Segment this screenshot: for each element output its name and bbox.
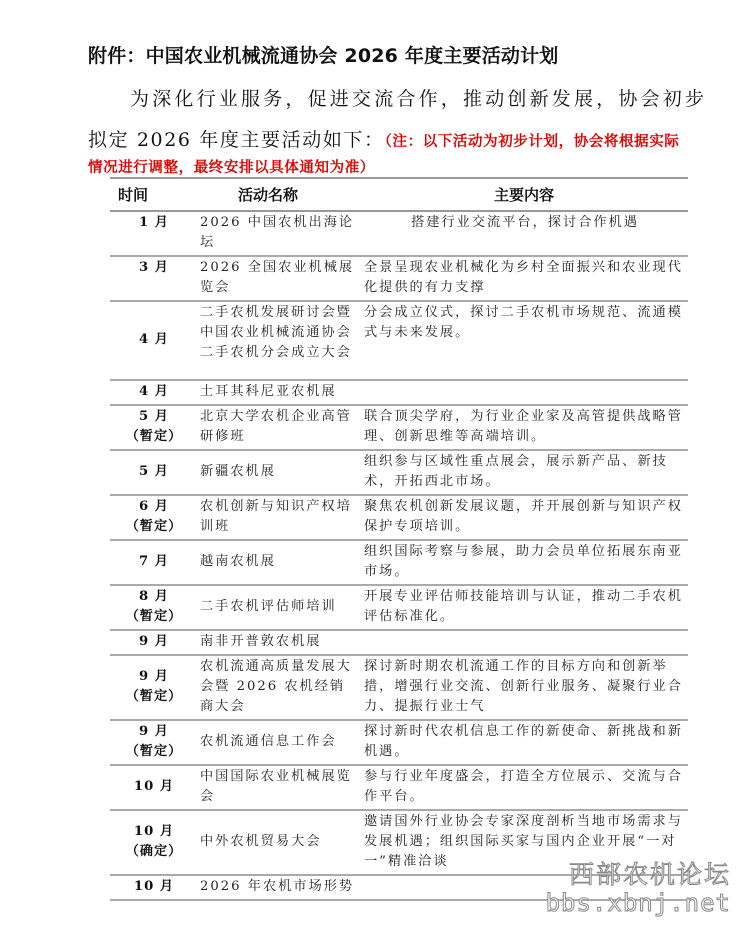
row-month: 5 月	[110, 462, 198, 482]
row-time: 10 月	[110, 875, 198, 900]
header-time: 时间	[110, 178, 198, 211]
row-activity-name: 2026 全国农业机械展览会	[198, 256, 360, 301]
row-month: 5 月	[110, 407, 198, 427]
table-row: 4 月土耳其科尼亚农机展	[110, 380, 688, 405]
intro-lead-text: 拟定 2026 年度主要活动如下：	[88, 129, 385, 151]
row-activity-name: 农机创新与知识产权培训班	[198, 495, 360, 540]
row-month: 7 月	[110, 552, 198, 572]
row-main-content	[360, 380, 688, 405]
row-month: 4 月	[110, 330, 198, 350]
row-time-status: （暂定）	[110, 427, 198, 447]
row-time: 10 月（确定）	[110, 810, 198, 875]
row-time-status: （暂定）	[110, 517, 198, 537]
row-time: 4 月	[110, 380, 198, 405]
activity-plan-table: 时间 活动名称 主要内容 1 月2026 中国农机出海论坛搭建行业交流平台，探讨…	[110, 177, 688, 901]
intro-paragraph-line2: 拟定 2026 年度主要活动如下：（注：以下活动为初步计划，协会将根据实际	[88, 125, 679, 152]
row-time: 6 月（暂定）	[110, 495, 198, 540]
table-row: 5 月（暂定）北京大学农机企业高管研修班联合顶尖学府，为行业企业家及高管提供战略…	[110, 405, 688, 450]
row-activity-name: 中国国际农业机械展览会	[198, 765, 360, 810]
table-row: 9 月南非开普敦农机展	[110, 630, 688, 655]
row-main-content: 开展专业评估师技能培训与认证，推动二手农机评估标准化。	[360, 585, 688, 630]
row-main-content: 联合顶尖学府，为行业企业家及高管提供战略管理、创新思维等高端培训。	[360, 405, 688, 450]
watermark-url: bbs.xbnj.net	[546, 889, 731, 917]
row-activity-name: 北京大学农机企业高管研修班	[198, 405, 360, 450]
row-activity-name: 农机流通信息工作会	[198, 720, 360, 765]
row-main-content: 组织国际考察与参展，助力会员单位拓展东南亚市场。	[360, 540, 688, 585]
document-title: 附件：中国农业机械流通协会 2026 年度主要活动计划	[88, 41, 559, 68]
row-time: 10 月	[110, 765, 198, 810]
table-row: 9 月（暂定）农机流通信息工作会探讨新时代农机信息工作的新使命、新挑战和新机遇。	[110, 720, 688, 765]
row-time: 9 月（暂定）	[110, 655, 198, 720]
row-time-status: （暂定）	[110, 742, 198, 762]
row-main-content: 搭建行业交流平台，探讨合作机遇	[360, 211, 688, 256]
watermark-forum-name: 西部农机论坛	[569, 855, 731, 891]
table-row: 10 月中国国际农业机械展览会参与行业年度盛会，打造全方位展示、交流与合作平台。	[110, 765, 688, 810]
table-row: 7 月越南农机展组织国际考察与参展，助力会员单位拓展东南亚市场。	[110, 540, 688, 585]
row-month: 6 月	[110, 497, 198, 517]
row-main-content: 全景呈现农业机械化为乡村全面振兴和农业现代化提供的有力支撑	[360, 256, 688, 301]
row-main-content: 聚焦农机创新发展议题，并开展创新与知识产权保护专项培训。	[360, 495, 688, 540]
row-month: 4 月	[110, 382, 198, 402]
row-time: 5 月	[110, 450, 198, 495]
table-row: 8 月（暂定）二手农机评估师培训开展专业评估师技能培训与认证，推动二手农机评估标…	[110, 585, 688, 630]
row-time: 1 月	[110, 211, 198, 256]
row-month: 9 月	[110, 667, 198, 687]
row-time-status: （确定）	[110, 842, 198, 862]
table-row: 6 月（暂定）农机创新与知识产权培训班聚焦农机创新发展议题，并开展创新与知识产权…	[110, 495, 688, 540]
row-time: 7 月	[110, 540, 198, 585]
row-month: 1 月	[110, 213, 198, 233]
row-activity-name: 新疆农机展	[198, 450, 360, 495]
note-text-line2: 情况进行调整，最终安排以具体通知为准）	[88, 156, 375, 177]
row-main-content: 组织参与区域性重点展会，展示新产品、新技术，开拓西北市场。	[360, 450, 688, 495]
table-row: 3 月2026 全国农业机械展览会全景呈现农业机械化为乡村全面振兴和农业现代化提…	[110, 256, 688, 301]
row-activity-name: 土耳其科尼亚农机展	[198, 380, 360, 405]
row-month: 9 月	[110, 722, 198, 742]
table-row: 1 月2026 中国农机出海论坛搭建行业交流平台，探讨合作机遇	[110, 211, 688, 256]
row-main-content: 探讨新时期农机流通工作的目标方向和创新举措，增强行业交流、创新行业服务、凝聚行业…	[360, 655, 688, 720]
row-activity-name: 中外农机贸易大会	[198, 810, 360, 875]
row-time: 4 月	[110, 301, 198, 380]
row-main-content: 分会成立仪式，探讨二手农机市场规范、流通模式与未来发展。	[360, 301, 688, 380]
row-activity-name: 二手农机发展研讨会暨中国农业机械流通协会二手农机分会成立大会	[198, 301, 360, 380]
row-month: 10 月	[110, 777, 198, 797]
row-activity-name: 2026 中国农机出海论坛	[198, 211, 360, 256]
row-activity-name: 农机流通高质量发展大会暨 2026 农机经销商大会	[198, 655, 360, 720]
row-month: 3 月	[110, 258, 198, 278]
row-time: 9 月（暂定）	[110, 720, 198, 765]
table-row: 4 月二手农机发展研讨会暨中国农业机械流通协会二手农机分会成立大会分会成立仪式，…	[110, 301, 688, 380]
row-main-content: 参与行业年度盛会，打造全方位展示、交流与合作平台。	[360, 765, 688, 810]
row-activity-name: 南非开普敦农机展	[198, 630, 360, 655]
row-main-content: 探讨新时代农机信息工作的新使命、新挑战和新机遇。	[360, 720, 688, 765]
header-activity-name: 活动名称	[198, 178, 360, 211]
row-activity-name: 二手农机评估师培训	[198, 585, 360, 630]
row-time: 5 月（暂定）	[110, 405, 198, 450]
row-time-status: （暂定）	[110, 687, 198, 707]
row-month: 9 月	[110, 632, 198, 652]
row-time: 3 月	[110, 256, 198, 301]
table-header-row: 时间 活动名称 主要内容	[110, 178, 688, 211]
row-month: 8 月	[110, 587, 198, 607]
header-main-content: 主要内容	[360, 178, 688, 211]
row-month: 10 月	[110, 822, 198, 842]
table-row: 9 月（暂定）农机流通高质量发展大会暨 2026 农机经销商大会探讨新时期农机流…	[110, 655, 688, 720]
row-time: 9 月	[110, 630, 198, 655]
row-activity-name: 越南农机展	[198, 540, 360, 585]
row-activity-name: 2026 年农机市场形势	[198, 875, 360, 900]
intro-paragraph-line1: 为深化行业服务，促进交流合作，推动创新发展，协会初步	[130, 84, 707, 111]
note-text-line1: （注：以下活动为初步计划，协会将根据实际	[385, 134, 680, 150]
row-main-content	[360, 630, 688, 655]
row-time: 8 月（暂定）	[110, 585, 198, 630]
row-month: 10 月	[110, 877, 198, 897]
row-time-status: （暂定）	[110, 607, 198, 627]
table-row: 5 月新疆农机展组织参与区域性重点展会，展示新产品、新技术，开拓西北市场。	[110, 450, 688, 495]
